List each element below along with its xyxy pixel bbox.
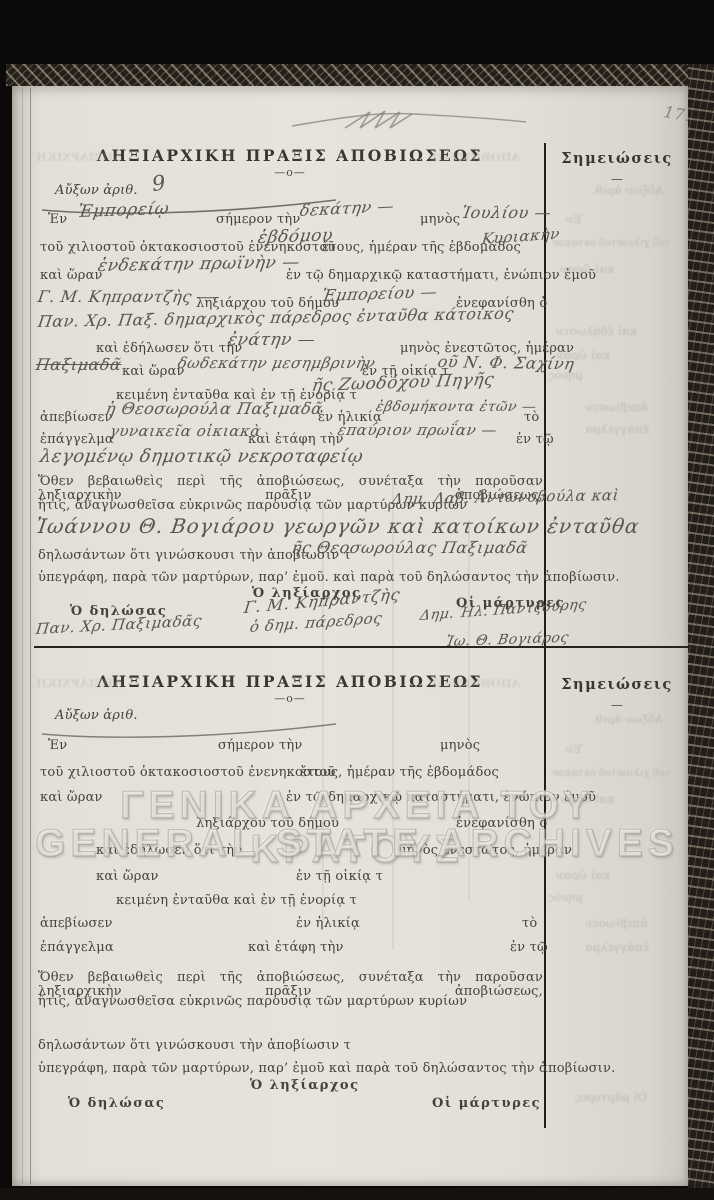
ghost-text: καὶ ὥραν: [556, 868, 610, 882]
printed2-en-ilikia: ἐν ἡλικίᾳ: [296, 916, 360, 931]
ghost-text: Αὔξων ἀριθ.: [592, 183, 663, 197]
printed2-keimeni: κειμένη ἐνταῦθα καὶ ἐν τῇ ἐνορίᾳ τ: [116, 893, 357, 908]
hw-witness-line: Ἰωάννου Θ. Βογιάρου γεωργῶν καὶ κατοίκων…: [34, 514, 641, 538]
hw-registrar-name: Γ. Μ. Κηπραντζὴς —: [37, 287, 216, 306]
printed2-dilosanton: δηλωσάντων ὅτι γινώσκουσι τὴν ἀποβίωσιν …: [38, 1038, 351, 1053]
hw-death-day: ἐνάτην —: [226, 330, 317, 350]
printed-en-to: ἐν τῷ: [516, 432, 554, 447]
printed-apeviosen: ἀπεβίωσεν: [40, 410, 113, 425]
hw-cemetery-line: λεγομένῳ δημοτικῷ νεκροταφείῳ: [38, 446, 364, 467]
hw-age: ἑβδομήκοντα ἐτῶν —: [374, 399, 537, 415]
form1-notes-title: Σημειώσεις: [548, 150, 686, 167]
printed2-simeron: σήμερον τὴν: [218, 738, 302, 753]
hw-month: Ἰουλίου —: [460, 203, 552, 222]
hw-struck-word: Παξιμαδᾶ: [35, 355, 123, 374]
form2-notes-dash: —: [548, 698, 686, 712]
scanned-registry-page: 17. ΛΗΞΙΑΡΧΙΚΗ ΠΡΑΞΙΣ ΑΠΟΒΙΩΣΕΩΣ —ο— Σημ…: [0, 0, 714, 1200]
ghost-text: ἐπάγγελμα: [585, 422, 649, 436]
page-fold-line: [30, 88, 31, 1184]
printed2-ypegrafi: ὑπεγράφη, παρὰ τῶν μαρτύρων, παρ’ ἐμοῦ κ…: [38, 1061, 615, 1076]
form2-witnesses-label: Οἱ μάρτυρες: [432, 1096, 541, 1111]
printed-en: Ἐν: [48, 212, 67, 227]
hw-knows-suffix: ῆς Θεοσωρούλας Παξιμαδᾶ: [290, 538, 529, 557]
book-cover-edge-bottom: [0, 1188, 714, 1200]
ghost-text: καὶ ὥραν: [560, 792, 614, 806]
ghost-text: ἐπάγγελμα: [585, 940, 649, 954]
form1-serial-number: 9: [151, 171, 167, 196]
hw-burial: ἐπαύριον πρωΐαν —: [336, 421, 499, 439]
printed2-etafi: καὶ ἐτάφη τὴν: [248, 940, 344, 955]
ghost-text: Ἐν: [566, 212, 583, 226]
ghost-text: Αὔξων ἀριθ.: [592, 712, 663, 726]
ghost-text: καὶ ὥραν: [560, 262, 614, 276]
pen-flourish: [290, 98, 530, 138]
book-cover-edge-top: [6, 64, 714, 86]
form2-notes-title: Σημειώσεις: [548, 676, 686, 693]
form2-declarant-label: Ὁ δηλώσας: [68, 1096, 165, 1111]
ghost-text: μηνὸς: [548, 368, 583, 382]
form2-registrar-label: Ὁ ληξίαρχος: [250, 1078, 360, 1093]
archive-watermark-english: GENERAL STATE ARCHIVES: [25, 822, 689, 866]
printed-minos: μηνὸς: [420, 212, 460, 227]
hw-deceased: ἡ Θεοσωρούλα Παξιμαδᾶ: [104, 399, 324, 418]
ghost-text: ΛΗΞΙΑΡΧΙΚΗ: [36, 150, 122, 164]
ghost-text: ΛΗΞΙΑΡΧΙΚΗ: [36, 676, 122, 690]
printed2-epaggelma: ἐπάγγελμα: [40, 940, 114, 955]
ghost-text: ΑΠΟΒΙΩΣΕΩΣ: [430, 676, 520, 690]
book-cover-edge-right: [688, 64, 714, 1200]
printed-dimarchiko: ἐν τῷ δημαρχικῷ καταστήματι, ἐνώπιον ἐμο…: [286, 268, 596, 283]
ghost-text: Ἐν: [566, 742, 583, 756]
hw-place: Ἐμπορείῳ: [77, 199, 171, 222]
ghost-text: ἀπεβίωσεν: [585, 916, 648, 930]
ghost-text: καὶ ὥραν: [556, 348, 610, 362]
hw-death-hour: δωδεκάτην μεσημβρινὴν: [176, 354, 377, 372]
printed-to: τὸ: [524, 410, 539, 425]
hw-profession: γυναικεῖα οἰκιακὰ: [108, 422, 262, 440]
printed2-en: Ἐν: [48, 738, 67, 753]
printed2-minos: μηνὸς: [440, 738, 480, 753]
printed2-year-line: τοῦ χιλιοστοῦ ὀκτακοσιοστοῦ ἐνενηκοστοῦ: [40, 765, 336, 780]
ghost-text: τοῦ χιλιοστοῦ ὀκτακοσ: [552, 238, 670, 249]
form1-title-divider: —ο—: [38, 166, 542, 179]
ghost-text: τοῦ χιλιοστοῦ ὀκτακοσ: [552, 768, 670, 779]
hw-hour: ἑνδεκάτην πρωϊνὴν —: [96, 252, 301, 276]
printed2-en-to: ἐν τῷ: [510, 940, 548, 955]
ghost-text: καὶ ἐδήλωσεν: [556, 324, 637, 338]
form2-title-divider: —ο—: [38, 692, 542, 705]
printed-epaggelma: ἐπάγγελμα: [40, 432, 114, 447]
ghost-text: ἀπεβίωσεν: [585, 400, 648, 414]
printed-kai-oran: καὶ ὥραν: [40, 268, 103, 283]
printed2-etous: ἔτους, ἡμέραν τῆς ἑβδομάδος: [300, 765, 499, 780]
ghost-text: ΑΠΟΒΙΩΣΕΩΣ: [430, 150, 520, 164]
printed2-to: τὸ: [522, 916, 537, 931]
page-stack-edge: [22, 88, 23, 1184]
ghost-text: μηνὸς: [548, 890, 583, 904]
printed2-othen-2: ἥτις, ἀναγνωσθεῖσα εὐκρινῶς παρουσίᾳ τῶν…: [38, 994, 467, 1009]
ghost-text: Οἱ μάρτυρες: [575, 1090, 647, 1104]
printed-ypegrafi: ὑπεγράφη, παρὰ τῶν μαρτύρων, παρ’ ἐμοῦ. …: [38, 570, 620, 585]
printed2-apeviosen: ἀπεβίωσεν: [40, 916, 113, 931]
printed-simeron: σήμερον τὴν: [216, 212, 300, 227]
printed-etafi: καὶ ἐτάφη τὴν: [248, 432, 344, 447]
form-divider-line: [34, 646, 690, 648]
